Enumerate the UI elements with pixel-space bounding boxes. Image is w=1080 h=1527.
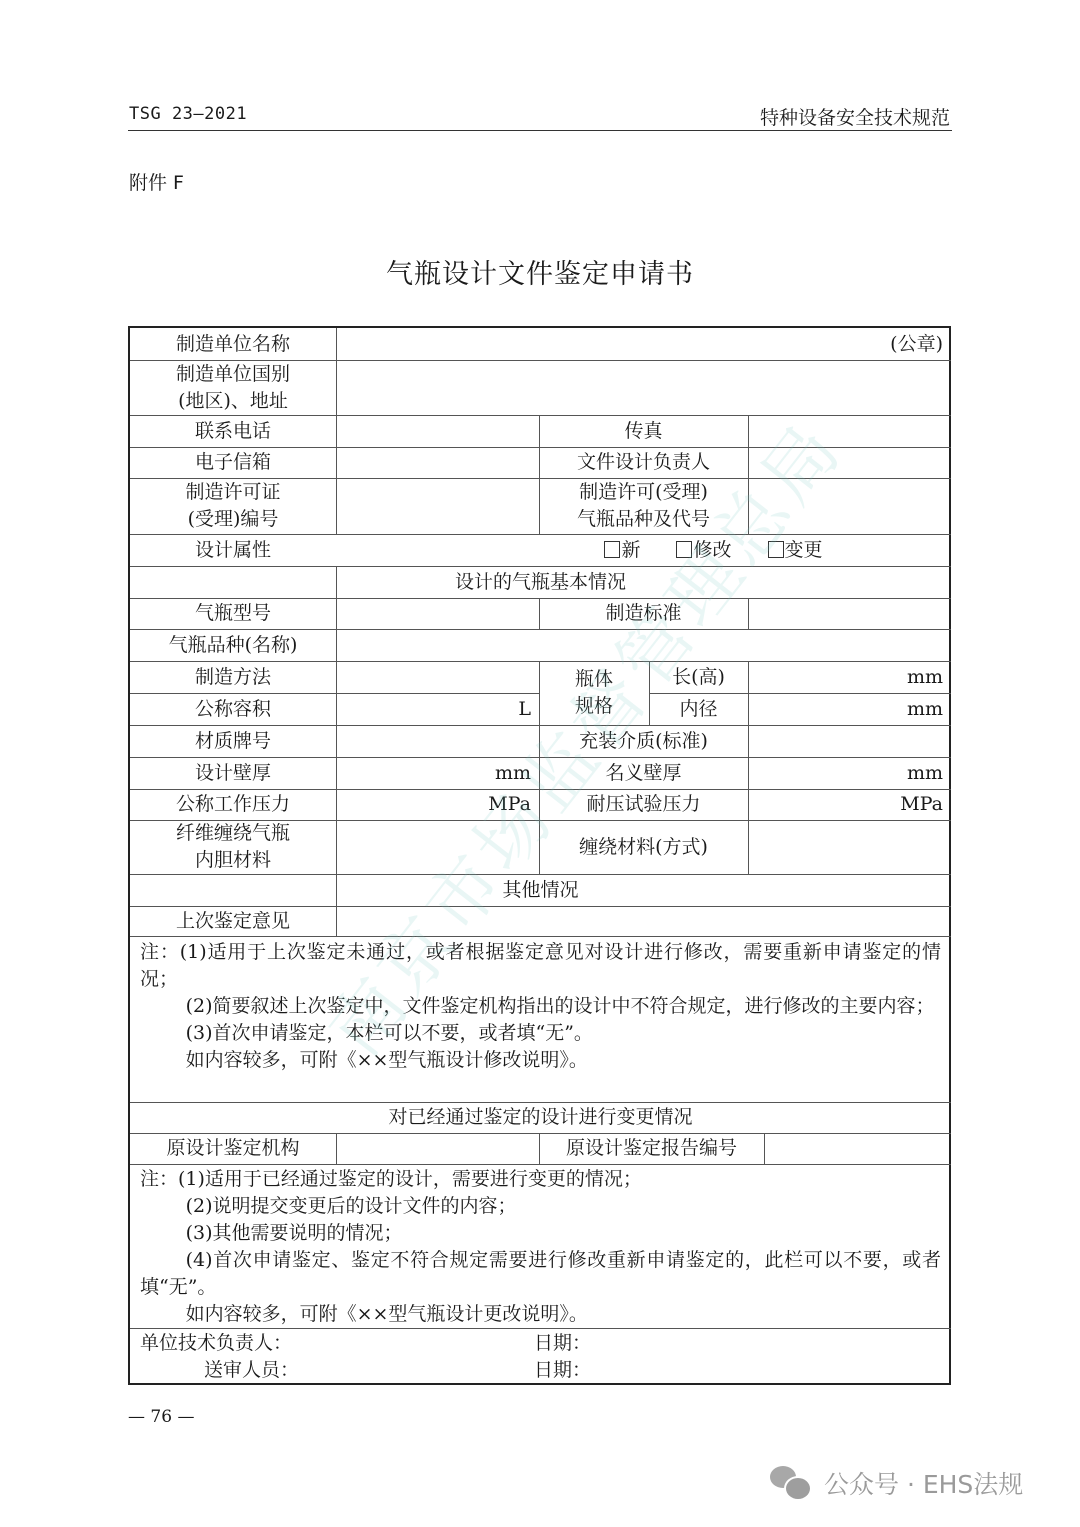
variety-label: 气瓶品种(名称) <box>130 629 336 661</box>
license-no-field[interactable] <box>336 478 539 534</box>
license-variety-field[interactable] <box>748 478 951 534</box>
phone-field[interactable] <box>336 415 539 447</box>
section-other-heading: 其他情况 <box>130 874 951 906</box>
design-attr-options: 新 修改 变更 <box>336 534 951 566</box>
row-divider <box>130 1164 951 1165</box>
method-label: 制造方法 <box>130 661 336 693</box>
section-basic-heading: 设计的气瓶基本情况 <box>130 566 951 598</box>
country-address-field[interactable] <box>336 360 951 415</box>
tech-lead-label: 单位技术负责人： <box>130 1329 530 1357</box>
material-field[interactable] <box>336 725 539 757</box>
design-attr-label: 设计属性 <box>130 534 336 566</box>
inner-diameter-label: 内径 <box>649 693 748 725</box>
application-form-table: 制造单位名称 (公章) 制造单位国别 (地区)、地址 联系电话 传真 电子信箱 … <box>128 326 951 1385</box>
design-attr-change[interactable]: 变更 <box>768 537 823 564</box>
working-pressure-label: 公称工作压力 <box>130 789 336 820</box>
tech-lead-date-label: 日期： <box>524 1329 824 1357</box>
length-field[interactable]: mm <box>748 661 951 693</box>
medium-field[interactable] <box>748 725 951 757</box>
variety-field[interactable] <box>336 629 951 661</box>
email-label: 电子信箱 <box>130 447 336 478</box>
wechat-icon <box>770 1466 814 1500</box>
orig-agency-label: 原设计鉴定机构 <box>130 1133 336 1164</box>
footer-brand: 公众号 · EHS法规 <box>770 1465 1023 1501</box>
design-attr-new[interactable]: 新 <box>604 537 640 564</box>
design-attr-modify[interactable]: 修改 <box>676 537 731 564</box>
liner-label: 纤维缠绕气瓶 内胆材料 <box>130 820 336 874</box>
body-spec-label: 瓶体 规格 <box>539 661 649 725</box>
working-pressure-field[interactable]: MPa <box>336 789 539 820</box>
row-divider <box>130 936 951 937</box>
medium-label: 充装介质(标准) <box>539 725 748 757</box>
winding-label: 缠绕材料(方式) <box>539 820 748 874</box>
footer-brand-text: 公众号 · EHS法规 <box>824 1465 1023 1501</box>
standard-field[interactable] <box>748 598 951 629</box>
volume-label: 公称容积 <box>130 693 336 725</box>
country-address-label: 制造单位国别 (地区)、地址 <box>130 360 336 415</box>
model-field[interactable] <box>336 598 539 629</box>
design-lead-field[interactable] <box>748 447 951 478</box>
header-rule <box>128 130 952 131</box>
checkbox-icon[interactable] <box>768 541 784 558</box>
test-pressure-label: 耐压试验压力 <box>539 789 748 820</box>
standard-code: TSG 23—2021 <box>129 104 247 124</box>
seal-label: (公章) <box>890 331 943 358</box>
submitter-label: 送审人员： <box>194 1356 494 1384</box>
liner-field[interactable] <box>336 820 539 874</box>
page-number: — 76 — <box>128 1407 194 1427</box>
design-thickness-field[interactable]: mm <box>336 757 539 789</box>
note-last-opinion: 注：(1)适用于上次鉴定未通过，或者根据鉴定意见对设计进行修改，需要重新申请鉴定… <box>140 939 941 1074</box>
license-no-label: 制造许可证 (受理)编号 <box>130 478 336 534</box>
method-field[interactable] <box>336 661 539 693</box>
last-opinion-field[interactable] <box>336 906 951 936</box>
checkbox-icon[interactable] <box>676 541 692 558</box>
material-label: 材质牌号 <box>130 725 336 757</box>
orig-agency-field[interactable] <box>336 1133 539 1164</box>
form-title: 气瓶设计文件鉴定申请书 <box>0 252 1080 291</box>
inner-diameter-field[interactable]: mm <box>748 693 951 725</box>
orig-report-field[interactable] <box>764 1133 951 1164</box>
standard-label: 制造标准 <box>539 598 748 629</box>
model-label: 气瓶型号 <box>130 598 336 629</box>
series-title: 特种设备安全技术规范 <box>760 103 950 130</box>
manufacturer-name-label: 制造单位名称 <box>130 328 336 360</box>
email-field[interactable] <box>336 447 539 478</box>
phone-label: 联系电话 <box>130 415 336 447</box>
design-thickness-label: 设计壁厚 <box>130 757 336 789</box>
submitter-date-label: 日期： <box>524 1356 824 1384</box>
nominal-thickness-field[interactable]: mm <box>748 757 951 789</box>
manufacturer-name-field[interactable]: (公章) <box>336 328 951 360</box>
orig-report-label: 原设计鉴定报告编号 <box>539 1133 764 1164</box>
test-pressure-field[interactable]: MPa <box>748 789 951 820</box>
fax-label: 传真 <box>539 415 748 447</box>
section-change-heading: 对已经通过鉴定的设计进行变更情况 <box>130 1102 951 1133</box>
last-opinion-label: 上次鉴定意见 <box>130 906 336 936</box>
design-lead-label: 文件设计负责人 <box>539 447 748 478</box>
checkbox-icon[interactable] <box>604 541 620 558</box>
note-change: 注：(1)适用于已经通过鉴定的设计，需要进行变更的情况； (2)说明提交变更后的… <box>140 1166 941 1328</box>
winding-field[interactable] <box>748 820 951 874</box>
appendix-label: 附件 F <box>129 168 184 195</box>
fax-field[interactable] <box>748 415 951 447</box>
volume-field[interactable]: L <box>336 693 539 725</box>
nominal-thickness-label: 名义壁厚 <box>539 757 748 789</box>
license-variety-label: 制造许可(受理) 气瓶品种及代号 <box>539 478 748 534</box>
length-label: 长(高) <box>649 661 748 693</box>
